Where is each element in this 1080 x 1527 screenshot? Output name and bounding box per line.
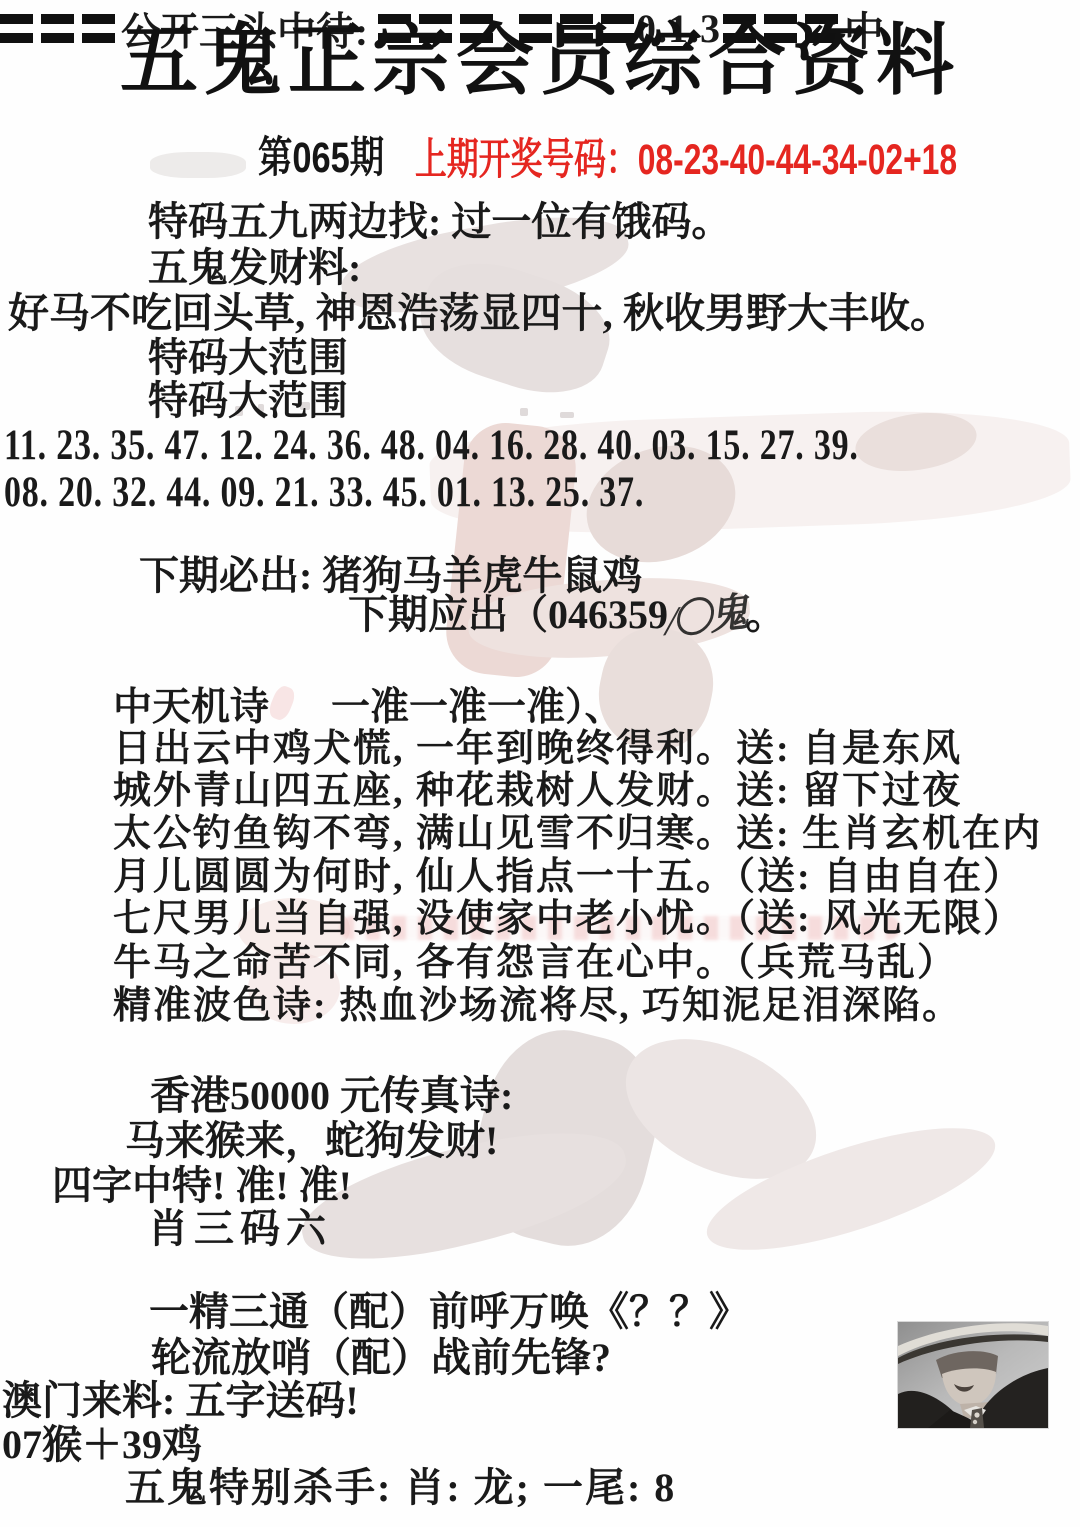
poem-line-3: 太公钓鱼钩不弯, 满山见雪不归寒。送: 生肖玄机在内 xyxy=(113,815,1042,855)
poem-line-5: 七尺男儿当自强, 没使家中老小忧。（送: 风光无限） xyxy=(113,900,1023,940)
photo-illustration xyxy=(898,1322,1048,1428)
page-title: 五鬼正宗会员综合资料 xyxy=(0,20,1080,102)
poem-line-7: 精准波色诗: 热血沙场流将尽, 巧知泥足泪深陷。 xyxy=(113,987,962,1027)
fax-verse: 马来猴来，蛇狗发财! xyxy=(125,1120,498,1162)
pair-line-1: 一精三通（配）前呼万唤《？？》 xyxy=(149,1291,749,1333)
poem-line-2: 城外青山四五座, 种花栽树人发财。送: 留下过夜 xyxy=(113,772,962,812)
fax-title: 香港50000 元传真诗: xyxy=(150,1075,513,1117)
erased-smudge xyxy=(150,152,246,178)
numbers-row-1-text: 11. 23. 35. 47. 12. 24. 36. 48. 04. 16. … xyxy=(4,423,859,468)
numbers-row-2-text: 08. 20. 32. 44. 09. 21. 33. 45. 01. 13. … xyxy=(4,470,644,515)
next-should-suffix: 。 xyxy=(746,592,786,637)
range-title-1: 特码大范围 xyxy=(148,337,348,379)
last-draw-numbers: 上期开奖号码：08-23-40-44-34-02+18 xyxy=(415,138,1080,183)
pair-line-2: 轮流放哨（配）战前先锋? xyxy=(151,1337,611,1379)
killer-line: 五鬼特别杀手: 肖: 龙; 一尾: 8 xyxy=(125,1467,676,1509)
facai-title: 五鬼发财料: xyxy=(148,247,361,289)
numbers-row-1: 11. 23. 35. 47. 12. 24. 36. 48. 04. 16. … xyxy=(4,423,1080,468)
man-with-straw-hat-photo xyxy=(898,1322,1048,1428)
poem-header-left: 中天机诗 xyxy=(113,686,269,729)
tema-hint-line: 特码五九两边找: 过一位有饿码。 xyxy=(148,201,731,243)
poem-header: 中天机诗一准一准一准）、 xyxy=(113,688,624,729)
next-should-prefix: 下期应出（046359 xyxy=(348,592,668,637)
facai-verse: 好马不吃回头草, 神恩浩荡显四十, 秋收男野大丰收。 xyxy=(8,292,951,335)
range-title-2: 特码大范围 xyxy=(148,380,348,422)
poem-line-6: 牛马之命苦不同, 各有怨言在心中。（兵荒马乱） xyxy=(113,944,957,984)
fax-claim: 四字中特! 准! 准! xyxy=(52,1165,352,1207)
macau-line: 澳门来料: 五字送码! xyxy=(2,1380,359,1422)
poem-line-1: 日出云中鸡犬慌, 一年到晚终得利。送: 自是东风 xyxy=(113,730,962,770)
issue-number-text: 第065期 xyxy=(258,136,384,181)
erased-text-remnant xyxy=(560,412,574,418)
flyer-page: 五鬼正宗会员综合资料 第065期 上期开奖号码：08-23-40-44-34-0… xyxy=(0,0,1080,1527)
poem-header-right: 一准一准一准）、 xyxy=(331,686,624,729)
codes-line: 07猴＋39鸡 xyxy=(2,1424,202,1466)
last-draw-text: 上期开奖号码：08-23-40-44-34-02+18 xyxy=(415,138,957,183)
next-must-line: 下期必出: 猪狗马羊虎牛鼠鸡 xyxy=(139,555,642,597)
handwritten-scribble: ∕〇鬼 xyxy=(666,591,748,642)
fax-xiao: 肖三码六 xyxy=(148,1208,332,1250)
numbers-row-2: 08. 20. 32. 44. 09. 21. 33. 45. 01. 13. … xyxy=(4,470,814,515)
issue-number: 第065期 xyxy=(258,136,416,181)
next-should-line: 下期应出（046359∕〇鬼。 xyxy=(348,594,786,636)
erased-text-remnant xyxy=(520,408,528,416)
poem-line-4: 月儿圆圆为何时, 仙人指点一十五。（送: 自由自在） xyxy=(113,858,1023,898)
